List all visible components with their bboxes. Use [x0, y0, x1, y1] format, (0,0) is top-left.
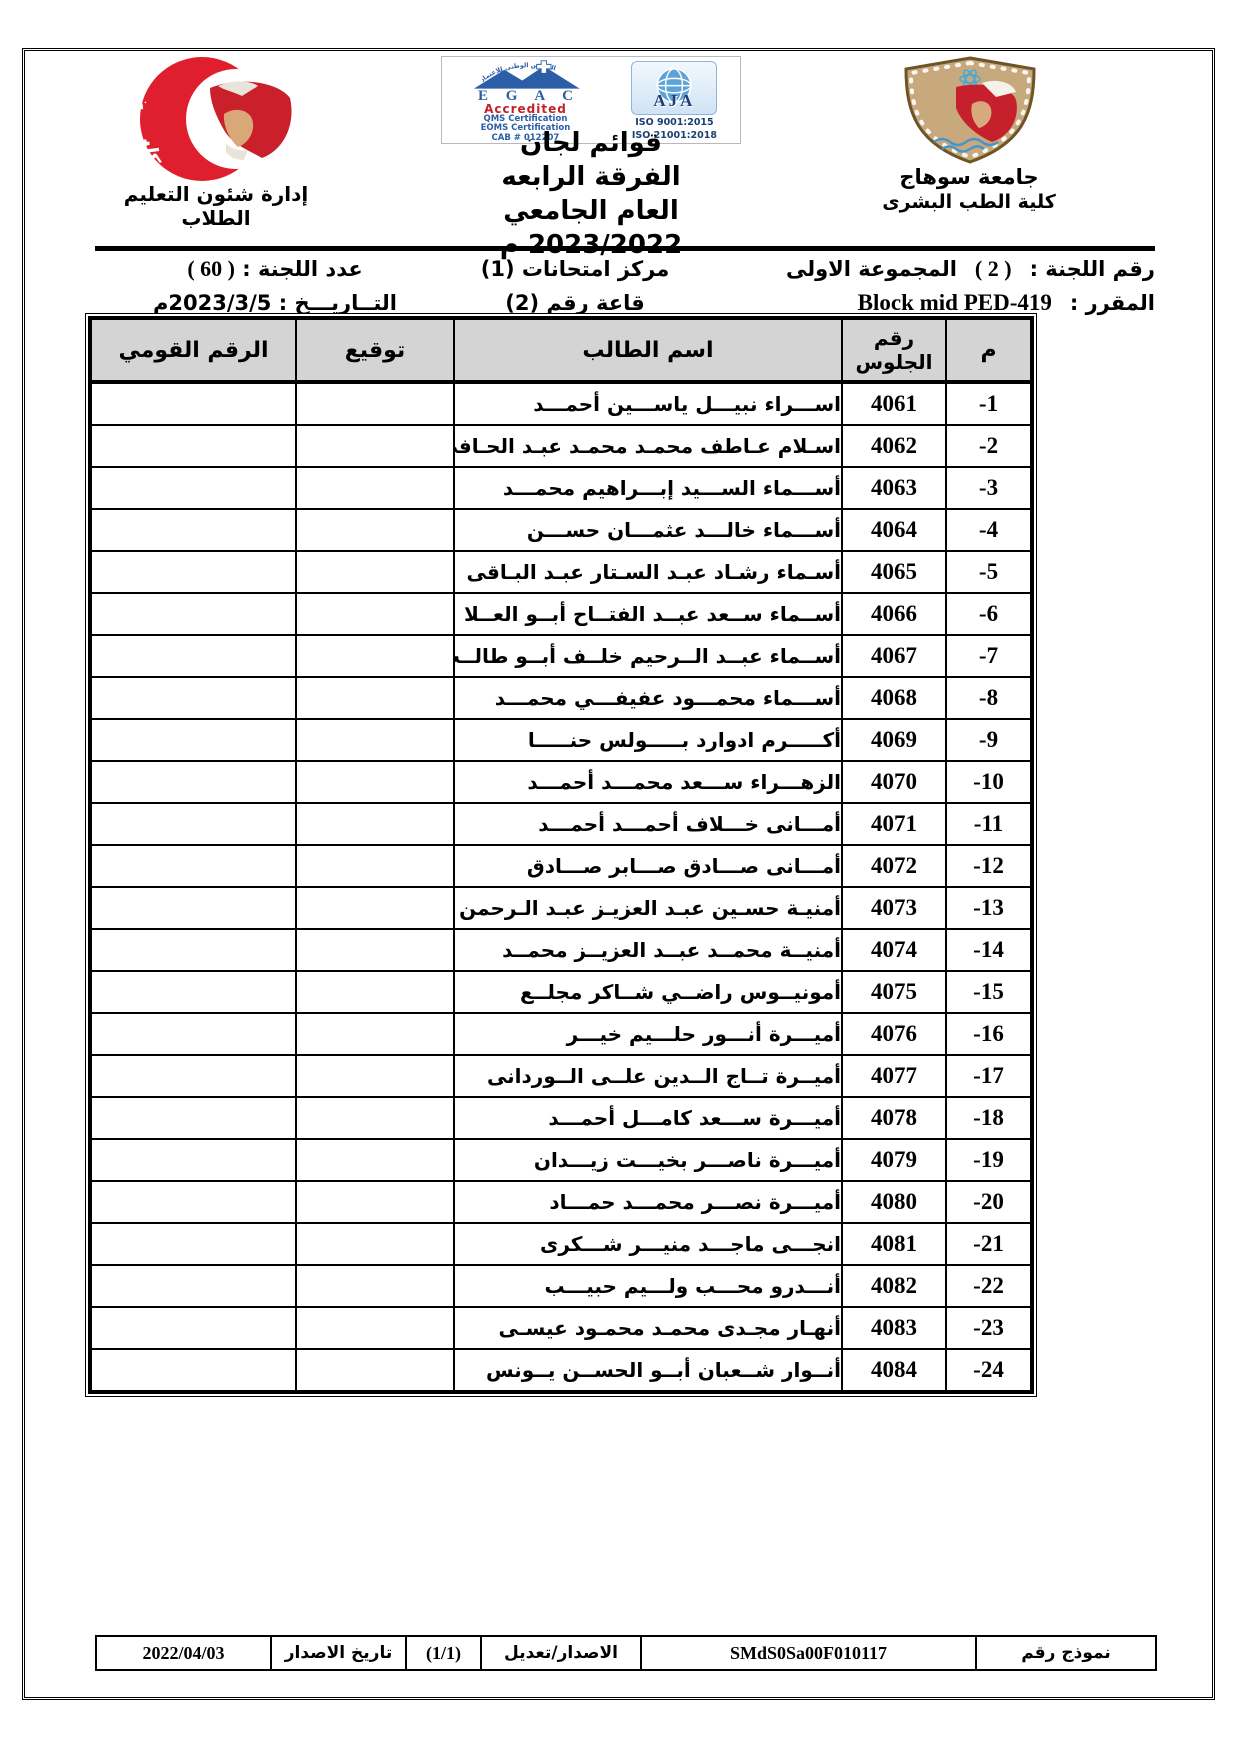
student-row: -5 4065 أسـماء رشـاد عبـد السـتار عبـد ا…	[90, 551, 1032, 593]
student-name-cell: اسـلام عـاطف محمـد محمـد عبـد الحـافظ	[454, 425, 842, 467]
student-name-cell: أســـماء الســـيد إبـــراهيم محمـــد	[454, 467, 842, 509]
student-name-cell: أميـــرة ســـعد كامـــل أحمـــد	[454, 1097, 842, 1139]
signature-cell	[296, 971, 454, 1013]
serial-cell: -14	[946, 929, 1032, 971]
student-row: -11 4071 أمـــانى خـــلاف أحمـــد أحمـــ…	[90, 803, 1032, 845]
seat-number-cell: 4067	[842, 635, 946, 677]
serial-cell: -8	[946, 677, 1032, 719]
aja-name: AJA	[632, 91, 716, 111]
seat-number-cell: 4070	[842, 761, 946, 803]
national-id-cell	[90, 1223, 296, 1265]
student-name-cell: أكـــــرم ادوارد بـــــولس حنـــــا	[454, 719, 842, 761]
student-row: -21 4081 انجـــى ماجـــد منيـــر شـــكرى	[90, 1223, 1032, 1265]
egac-accredited-label: Accredited	[484, 103, 567, 115]
student-name-cell: أميـــرة ناصـــر بخيـــت زيـــدان	[454, 1139, 842, 1181]
student-name-cell: أنـــدرو محـــب ولـــيم حبيـــب	[454, 1265, 842, 1307]
national-id-cell	[90, 1181, 296, 1223]
signature-cell	[296, 1223, 454, 1265]
col-header-serial: م	[946, 318, 1032, 382]
signature-cell	[296, 1139, 454, 1181]
student-row: -12 4072 أمـــانى صـــادق صـــابر صـــاد…	[90, 845, 1032, 887]
serial-cell: -3	[946, 467, 1032, 509]
student-name-cell: أسـماء رشـاد عبـد السـتار عبـد البـاقى	[454, 551, 842, 593]
student-name-cell: أنــوار شــعبان أبــو الحســن يــونس	[454, 1349, 842, 1392]
student-name-cell: أســـماء محمـــود عفيفـــي محمـــد	[454, 677, 842, 719]
national-id-cell	[90, 971, 296, 1013]
university-name: جامعة سوهاج	[856, 164, 1082, 190]
national-id-cell	[90, 509, 296, 551]
student-row: -15 4075 أمونيــوس راضــي شــاكر مجلــع	[90, 971, 1032, 1013]
form-number-code: SMdS0Sa00F010117	[641, 1636, 976, 1670]
student-name-cell: أمـــانى خـــلاف أحمـــد أحمـــد	[454, 803, 842, 845]
student-row: -9 4069 أكـــــرم ادوارد بـــــولس حنـــ…	[90, 719, 1032, 761]
col-header-seat-number: رقم الجلوس	[842, 318, 946, 382]
student-row: -20 4080 أميـــرة نصـــر محمـــد حمـــاد	[90, 1181, 1032, 1223]
student-name-cell: أســـماء خالـــد عثمـــان حســـن	[454, 509, 842, 551]
seat-number-cell: 4079	[842, 1139, 946, 1181]
student-row: -13 4073 أمنيـة حسـين عبـد العزيـز عبـد …	[90, 887, 1032, 929]
serial-cell: -19	[946, 1139, 1032, 1181]
signature-cell	[296, 719, 454, 761]
national-id-cell	[90, 551, 296, 593]
signature-cell	[296, 1349, 454, 1392]
student-name-cell: اســـراء نبيـــل ياســـين أحمـــد	[454, 382, 842, 425]
crescent-top-text: جامعة سوهاج	[98, 52, 148, 111]
seat-number-cell: 4075	[842, 971, 946, 1013]
national-id-cell	[90, 1055, 296, 1097]
national-id-cell	[90, 1307, 296, 1349]
national-id-cell	[90, 467, 296, 509]
signature-cell	[296, 382, 454, 425]
signature-cell	[296, 593, 454, 635]
seat-number-cell: 4072	[842, 845, 946, 887]
form-footer-row: نموذج رقم SMdS0Sa00F010117 الاصدار/تعديل…	[96, 1636, 1156, 1670]
seat-number-cell: 4084	[842, 1349, 946, 1392]
issue-date-label: تاريخ الاصدار	[271, 1636, 406, 1670]
col-header-signature: توقيع	[296, 318, 454, 382]
signature-cell	[296, 1181, 454, 1223]
faculty-name: كلية الطب البشرى	[856, 190, 1082, 214]
seat-number-cell: 4066	[842, 593, 946, 635]
seat-number-cell: 4061	[842, 382, 946, 425]
national-id-cell	[90, 1139, 296, 1181]
national-id-cell	[90, 593, 296, 635]
seat-number-cell: 4071	[842, 803, 946, 845]
university-crescent-logo: جامعة سوهاج كلية الطب	[98, 52, 330, 186]
student-name-cell: أمنيـة حسـين عبـد العزيـز عبـد الـرحمن	[454, 887, 842, 929]
issue-revision-label: الاصدار/تعديل	[481, 1636, 641, 1670]
signature-cell	[296, 761, 454, 803]
seat-number-cell: 4081	[842, 1223, 946, 1265]
students-table-header-row: م رقم الجلوس اسم الطالب توقيع الرقم القو…	[90, 318, 1032, 382]
committee-info-row-1: رقم اللجنة : ( 2 ) المجموعة الاولى مركز …	[95, 252, 1155, 286]
signature-cell	[296, 1307, 454, 1349]
egac-mountains-icon: المجلس الوطنى للاعتماد	[450, 59, 600, 90]
seat-number-cell: 4077	[842, 1055, 946, 1097]
student-row: -4 4064 أســـماء خالـــد عثمـــان حســـن	[90, 509, 1032, 551]
doc-grade-title: الفرقة الرابعه	[440, 160, 742, 194]
national-id-cell	[90, 382, 296, 425]
serial-cell: -18	[946, 1097, 1032, 1139]
col-header-student-name: اسم الطالب	[454, 318, 842, 382]
signature-cell	[296, 1265, 454, 1307]
student-row: -6 4066 أســماء ســعد عبــد الفتــاح أبـ…	[90, 593, 1032, 635]
national-id-cell	[90, 719, 296, 761]
doc-title: قوائم لجان	[440, 126, 742, 160]
signature-cell	[296, 509, 454, 551]
committee-number-value: ( 2 )	[975, 252, 1012, 286]
student-name-cell: أمونيــوس راضــي شــاكر مجلــع	[454, 971, 842, 1013]
national-id-cell	[90, 887, 296, 929]
national-id-cell	[90, 1097, 296, 1139]
student-name-cell: أســماء ســعد عبــد الفتــاح أبــو العــ…	[454, 593, 842, 635]
student-row: -17 4077 أميــرة تــاج الــدين علــى الـ…	[90, 1055, 1032, 1097]
serial-cell: -10	[946, 761, 1032, 803]
signature-cell	[296, 803, 454, 845]
issue-date-value: 2022/04/03	[96, 1636, 271, 1670]
student-row: -18 4078 أميـــرة ســـعد كامـــل أحمـــد	[90, 1097, 1032, 1139]
serial-cell: -24	[946, 1349, 1032, 1392]
student-name-cell: أســماء عبــد الــرحيم خلــف أبــو طالــ…	[454, 635, 842, 677]
serial-cell: -11	[946, 803, 1032, 845]
student-name-cell: أميــرة تــاج الــدين علــى الــوردانى	[454, 1055, 842, 1097]
serial-cell: -15	[946, 971, 1032, 1013]
serial-cell: -17	[946, 1055, 1032, 1097]
issue-revision-value: (1/1)	[406, 1636, 481, 1670]
seat-number-cell: 4073	[842, 887, 946, 929]
national-id-cell	[90, 929, 296, 971]
seat-number-cell: 4076	[842, 1013, 946, 1055]
seat-number-cell: 4064	[842, 509, 946, 551]
form-number-label: نموذج رقم	[976, 1636, 1156, 1670]
committee-group: المجموعة الاولى	[786, 252, 957, 286]
seat-number-cell: 4082	[842, 1265, 946, 1307]
serial-cell: -1	[946, 382, 1032, 425]
serial-cell: -23	[946, 1307, 1032, 1349]
student-name-cell: أميـــرة أنـــور حلـــيم خيـــر	[454, 1013, 842, 1055]
col-header-national-id: الرقم القومي	[90, 318, 296, 382]
seat-number-cell: 4080	[842, 1181, 946, 1223]
students-table-body: -1 4061 اســـراء نبيـــل ياســـين أحمـــ…	[90, 382, 1032, 1392]
seat-number-cell: 4065	[842, 551, 946, 593]
student-name-cell: أميـــرة نصـــر محمـــد حمـــاد	[454, 1181, 842, 1223]
signature-cell	[296, 1055, 454, 1097]
serial-cell: -2	[946, 425, 1032, 467]
serial-cell: -20	[946, 1181, 1032, 1223]
svg-text:جامعة سوهاج: جامعة سوهاج	[98, 52, 148, 111]
serial-cell: -4	[946, 509, 1032, 551]
seat-number-cell: 4069	[842, 719, 946, 761]
student-row: -22 4082 أنـــدرو محـــب ولـــيم حبيـــب	[90, 1265, 1032, 1307]
serial-cell: -16	[946, 1013, 1032, 1055]
student-row: -3 4063 أســـماء الســـيد إبـــراهيم محم…	[90, 467, 1032, 509]
student-row: -2 4062 اسـلام عـاطف محمـد محمـد عبـد ال…	[90, 425, 1032, 467]
national-id-cell	[90, 1265, 296, 1307]
organization-names: جامعة سوهاج كلية الطب البشرى	[856, 164, 1082, 214]
faculty-shield-logo	[884, 54, 1056, 166]
serial-cell: -21	[946, 1223, 1032, 1265]
committee-info: رقم اللجنة : ( 2 ) المجموعة الاولى مركز …	[95, 252, 1155, 320]
student-row: -24 4084 أنــوار شــعبان أبــو الحســن ي…	[90, 1349, 1032, 1392]
seat-number-cell: 4062	[842, 425, 946, 467]
seat-number-cell: 4083	[842, 1307, 946, 1349]
national-id-cell	[90, 677, 296, 719]
student-row: -19 4079 أميـــرة ناصـــر بخيـــت زيـــد…	[90, 1139, 1032, 1181]
signature-cell	[296, 845, 454, 887]
form-footer-table: نموذج رقم SMdS0Sa00F010117 الاصدار/تعديل…	[95, 1635, 1157, 1671]
signature-cell	[296, 467, 454, 509]
students-table-container: م رقم الجلوس اسم الطالب توقيع الرقم القو…	[85, 313, 1037, 1397]
serial-cell: -22	[946, 1265, 1032, 1307]
signature-cell	[296, 929, 454, 971]
national-id-cell	[90, 803, 296, 845]
student-name-cell: أنهـار مجـدى محمـد محمـود عيسـى	[454, 1307, 842, 1349]
signature-cell	[296, 635, 454, 677]
signature-cell	[296, 1013, 454, 1055]
committee-count-value: ( 60 )	[187, 256, 235, 281]
serial-cell: -12	[946, 845, 1032, 887]
national-id-cell	[90, 845, 296, 887]
seat-number-cell: 4063	[842, 467, 946, 509]
national-id-cell	[90, 1349, 296, 1392]
signature-cell	[296, 677, 454, 719]
student-row: -14 4074 أمنيــة محمــد عبــد العزيــز م…	[90, 929, 1032, 971]
document-titles: قوائم لجان الفرقة الرابعه العام الجامعي …	[440, 126, 742, 262]
student-row: -16 4076 أميـــرة أنـــور حلـــيم خيـــر	[90, 1013, 1032, 1055]
national-id-cell	[90, 635, 296, 677]
student-name-cell: انجـــى ماجـــد منيـــر شـــكرى	[454, 1223, 842, 1265]
student-row: -1 4061 اســـراء نبيـــل ياســـين أحمـــ…	[90, 382, 1032, 425]
header-divider-rule	[95, 246, 1155, 251]
student-name-cell: أمنيــة محمــد عبــد العزيــز محمــد	[454, 929, 842, 971]
exam-committee-sheet: جامعة سوهاج كلية الطب إدارة شئون التعليم…	[0, 0, 1241, 1754]
students-table: م رقم الجلوس اسم الطالب توقيع الرقم القو…	[88, 316, 1034, 1394]
student-name-cell: أمـــانى صـــادق صـــابر صـــادق	[454, 845, 842, 887]
serial-cell: -7	[946, 635, 1032, 677]
committee-number-label: رقم اللجنة :	[1030, 252, 1155, 286]
seat-number-cell: 4074	[842, 929, 946, 971]
student-row: -7 4067 أســماء عبــد الــرحيم خلــف أبـ…	[90, 635, 1032, 677]
national-id-cell	[90, 761, 296, 803]
egac-name: E G A C	[478, 90, 580, 103]
national-id-cell	[90, 1013, 296, 1055]
national-id-cell	[90, 425, 296, 467]
committee-count-label: عدد اللجنة :	[242, 257, 362, 281]
student-row: -8 4068 أســـماء محمـــود عفيفـــي محمــ…	[90, 677, 1032, 719]
exam-center: مركز امتحانات (1)	[455, 252, 695, 286]
course-label: المقرر :	[1070, 286, 1155, 320]
signature-cell	[296, 887, 454, 929]
student-row: -23 4083 أنهـار مجـدى محمـد محمـود عيسـى	[90, 1307, 1032, 1349]
seat-number-cell: 4078	[842, 1097, 946, 1139]
signature-cell	[296, 425, 454, 467]
serial-cell: -6	[946, 593, 1032, 635]
student-name-cell: الزهـــراء ســـعد محمـــد أحمـــد	[454, 761, 842, 803]
student-row: -10 4070 الزهـــراء ســـعد محمـــد أحمــ…	[90, 761, 1032, 803]
serial-cell: -5	[946, 551, 1032, 593]
serial-cell: -9	[946, 719, 1032, 761]
seat-number-cell: 4068	[842, 677, 946, 719]
student-affairs-department-label: إدارة شئون التعليم الطلاب	[88, 182, 344, 230]
signature-cell	[296, 551, 454, 593]
aja-globe-icon: AJA	[631, 61, 717, 115]
signature-cell	[296, 1097, 454, 1139]
serial-cell: -13	[946, 887, 1032, 929]
